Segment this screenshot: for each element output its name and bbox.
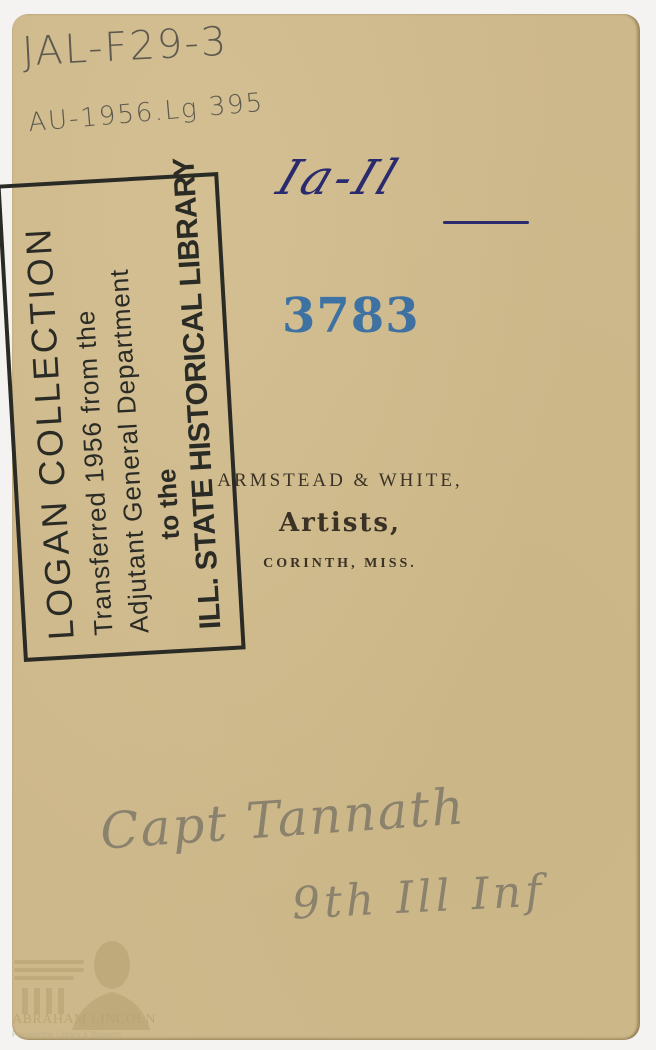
- ink-annotation: Ia-Il: [270, 150, 408, 206]
- watermark-title: ABRAHAM LINCOLN: [12, 1012, 156, 1028]
- ink-underline: [443, 221, 529, 224]
- stamped-number: 3783: [282, 288, 420, 344]
- imprint-location: CORINTH, MISS.: [160, 556, 520, 572]
- imprint-title: Artists,: [160, 508, 520, 538]
- watermark-subtitle: Presidential Library & Museum: [12, 1030, 121, 1039]
- logan-collection-stamp: LOGAN COLLECTION Transferred 1956 from t…: [0, 172, 246, 662]
- imprint-photographer-name: ARMSTEAD & WHITE,: [160, 470, 520, 492]
